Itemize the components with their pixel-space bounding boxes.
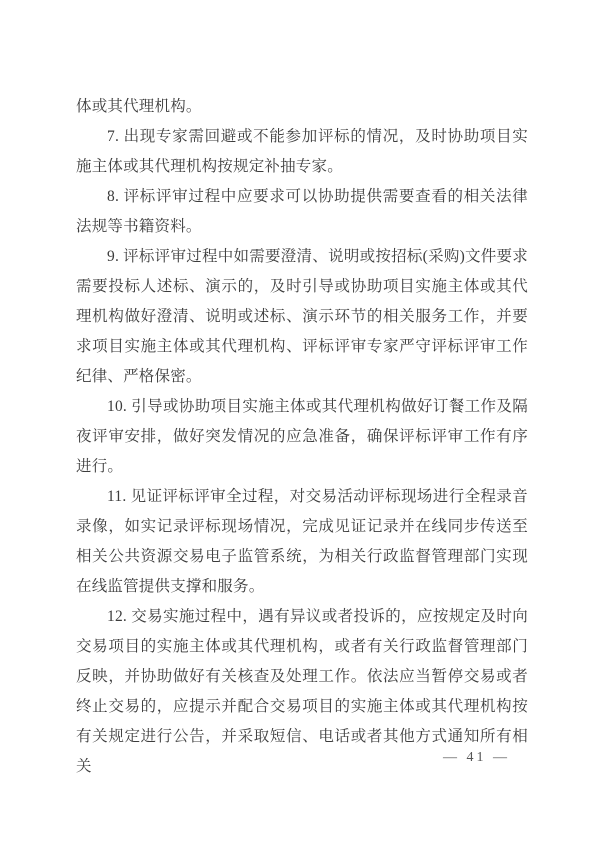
body-text: 体或其代理机构。 7. 出现专家需回避或不能参加评标的情况，及时协助项目实施主体… (76, 92, 528, 782)
paragraph-8: 8. 评标评审过程中应要求可以协助提供需要查看的相关法律法规等书籍资料。 (76, 182, 528, 242)
continuation-line: 体或其代理机构。 (76, 92, 528, 122)
page-number: — 41 — (443, 749, 510, 767)
document-page: 体或其代理机构。 7. 出现专家需回避或不能参加评标的情况，及时协助项目实施主体… (0, 0, 594, 843)
paragraph-7: 7. 出现专家需回避或不能参加评标的情况，及时协助项目实施主体或其代理机构按规定… (76, 122, 528, 182)
paragraph-10: 10. 引导或协助项目实施主体或其代理机构做好订餐工作及隔夜评审安排，做好突发情… (76, 392, 528, 482)
paragraph-9: 9. 评标评审过程中如需要澄清、说明或按招标(采购)文件要求需要投标人述标、演示… (76, 242, 528, 392)
paragraph-11: 11. 见证评标评审全过程，对交易活动评标现场进行全程录音录像，如实记录评标现场… (76, 482, 528, 602)
